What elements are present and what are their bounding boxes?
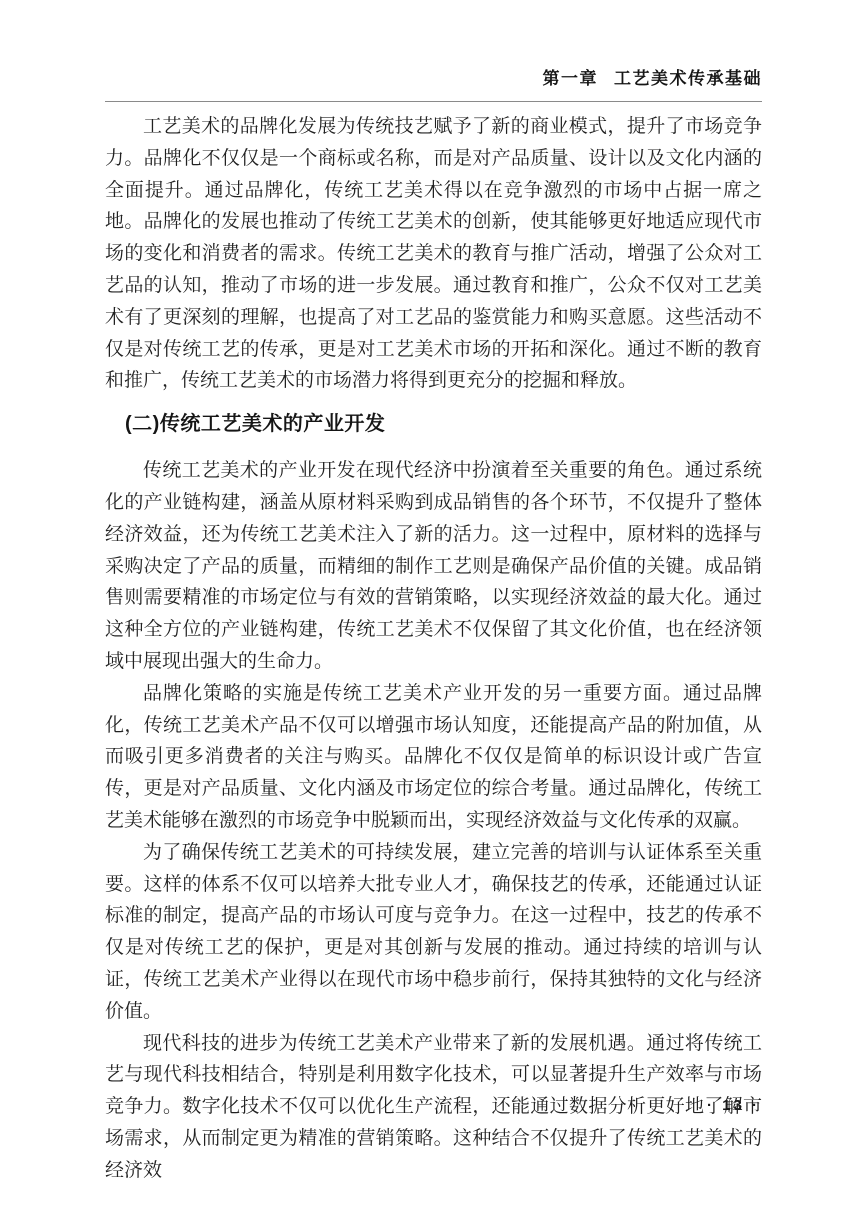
section-heading: (二)传统工艺美术的产业开发 <box>125 411 762 438</box>
body-paragraph-4: 为了确保传统工艺美术的可持续发展，建立完善的培训与认证体系至关重要。这样的体系不… <box>105 837 762 1028</box>
body-paragraph-3: 品牌化策略的实施是传统工艺美术产业开发的另一重要方面。通过品牌化，传统工艺美术产… <box>105 678 762 837</box>
chapter-title: 工艺美术传承基础 <box>614 69 762 88</box>
book-page: 第一章工艺美术传承基础 工艺美术的品牌化发展为传统技艺赋予了新的商业模式，提升了… <box>0 0 860 1208</box>
body-paragraph-2: 传统工艺美术的产业开发在现代经济中扮演着至关重要的角色。通过系统化的产业链构建，… <box>105 455 762 678</box>
page-number: · 13 · <box>707 1097 760 1114</box>
body-paragraph-5: 现代科技的进步为传统工艺美术产业带来了新的发展机遇。通过将传统工艺与现代科技相结… <box>105 1028 762 1187</box>
body-paragraph-1: 工艺美术的品牌化发展为传统技艺赋予了新的商业模式，提升了市场竞争力。品牌化不仅仅… <box>105 111 762 397</box>
page-content: 第一章工艺美术传承基础 工艺美术的品牌化发展为传统技艺赋予了新的商业模式，提升了… <box>105 68 762 1187</box>
running-header: 第一章工艺美术传承基础 <box>105 68 762 102</box>
chapter-label: 第一章 <box>543 69 599 88</box>
